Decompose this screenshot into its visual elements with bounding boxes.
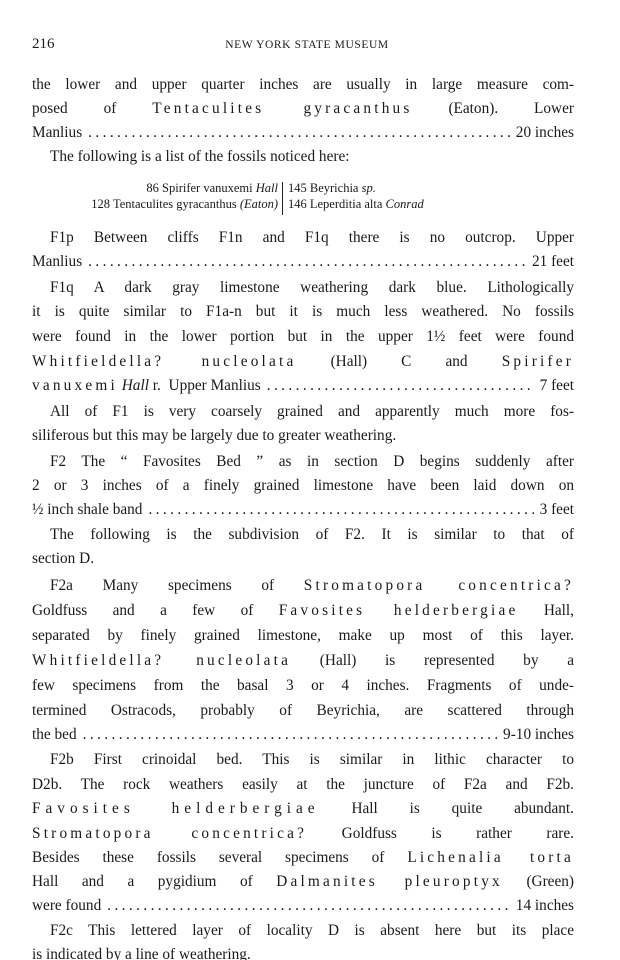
column-divider (282, 182, 283, 215)
text-line: Goldfuss and a few of Favosites helderbe… (32, 599, 574, 623)
text-line: Besides these fossils several specimens … (32, 846, 574, 870)
leader-line: were found .............................… (32, 894, 574, 918)
text-line: F1q A dark gray limestone weathering dar… (50, 276, 574, 300)
fossil-entry: 128 Tentaculites gyracanthus (Eaton) (30, 196, 278, 212)
species-name: vanuxemi (32, 377, 118, 394)
text-line: section D. (32, 547, 574, 571)
species-name: Stromatopora concentrica? (32, 825, 307, 842)
species-name: Stromatopora concentrica? (304, 577, 574, 594)
leader-line: ½ inch shale band ......................… (32, 498, 574, 522)
text-line: separated by finely grained limestone, m… (32, 624, 574, 648)
species-name: Dalmanites pleuroptyx (276, 873, 503, 890)
text-line: it is quite similar to F1a-n but it is m… (32, 300, 574, 324)
fossil-entry: 86 Spirifer vanuxemi Hall (30, 180, 278, 196)
measurement: 21 feet (532, 250, 574, 274)
page-header: 216 NEW YORK STATE MUSEUM (32, 36, 572, 56)
species-name: Spirifer (502, 353, 574, 370)
text-line: siliferous but this may be largely due t… (32, 424, 574, 448)
measurement: 3 feet (540, 498, 574, 522)
fossil-list: 86 Spirifer vanuxemi Hall 128 Tentaculit… (30, 180, 510, 214)
text-line: The following is a list of the fossils n… (50, 145, 574, 169)
text-line: were found in the lower portion but in t… (32, 325, 574, 349)
text-line: few specimens from the basal 3 or 4 inch… (32, 674, 574, 698)
fossil-list-left: 86 Spirifer vanuxemi Hall 128 Tentaculit… (30, 180, 278, 212)
text-line: posed of Tentaculites gyracanthus (Eaton… (32, 97, 574, 121)
text-line: F1p Between cliffs F1n and F1q there is … (50, 226, 574, 250)
text-line: F2 The “ Favosites Bed ” as in section D… (50, 450, 574, 474)
species-name: Favosites helderbergiae (279, 602, 519, 619)
text-line: All of F1 is very coarsely grained and a… (50, 400, 574, 424)
text-line: F2c This lettered layer of locality D is… (50, 919, 574, 943)
text-line: F2b First crinoidal bed. This is similar… (50, 748, 574, 772)
text-line: Stromatopora concentrica? Goldfuss is ra… (32, 822, 574, 846)
fossil-entry: 146 Leperditia alta Conrad (288, 196, 518, 212)
document-page: 216 NEW YORK STATE MUSEUM the lower and … (0, 0, 620, 960)
text-line: is indicated by a line of weathering. (32, 943, 574, 960)
text-line: Hall and a pygidium of Dalmanites pleuro… (32, 870, 574, 894)
text-line: termined Ostracods, probably of Beyrichi… (32, 699, 574, 723)
leader-line: vanuxemi Hall r. Upper Manlius .........… (32, 374, 574, 398)
leader-line: Manlius ................................… (32, 250, 574, 274)
text-line: the lower and upper quarter inches are u… (32, 73, 574, 97)
text-line: F2a Many specimens of Stromatopora conce… (50, 574, 574, 598)
species-name: Tentaculites gyracanthus (152, 100, 412, 117)
text-line: D2b. The rock weathers easily at the jun… (32, 773, 574, 797)
fossil-list-right: 145 Beyrichia sp. 146 Leperditia alta Co… (288, 180, 518, 212)
running-head: NEW YORK STATE MUSEUM (32, 39, 572, 51)
text-line: Whitfieldella? nucleolata (Hall) is repr… (32, 649, 574, 673)
species-name: Favosites helderbergiae (32, 800, 320, 817)
species-name: Whitfieldella? nucleolata (32, 652, 291, 669)
species-name: Whitfieldella? nucleolata (32, 353, 296, 370)
text-line: 2 or 3 inches of a finely grained limest… (32, 474, 574, 498)
leader-line: the bed ................................… (32, 723, 574, 747)
leader-line: Manlius ................................… (32, 121, 574, 145)
fossil-entry: 145 Beyrichia sp. (288, 180, 518, 196)
text-line: Whitfieldella? nucleolata (Hall) C and S… (32, 350, 574, 374)
species-name: Lichenalia torta (407, 849, 574, 866)
measurement: 20 inches (516, 121, 574, 145)
measurement: 9-10 inches (503, 723, 574, 747)
measurement: 7 feet (540, 374, 574, 398)
text-line: Favosites helderbergiae Hall is quite ab… (32, 797, 574, 821)
text-line: The following is the subdivision of F2. … (50, 523, 574, 547)
measurement: 14 inches (516, 894, 574, 918)
